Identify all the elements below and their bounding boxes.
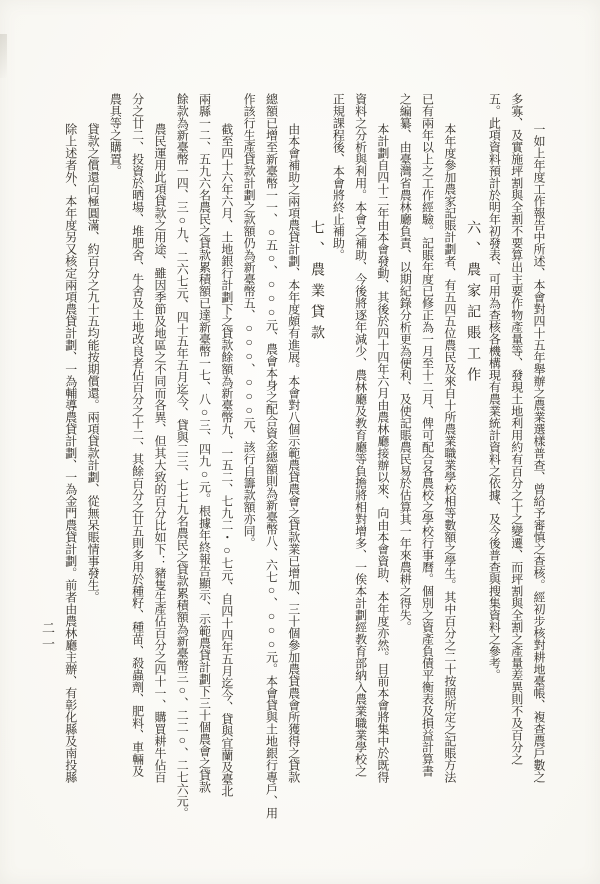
- text-column: 正規課程後、本會將終止補助。: [327, 93, 349, 821]
- text-column: 一如上年度工作報告中所述、本會對四十五年舉辦之農業選樣普查、曾給予審慎之查核。經…: [528, 93, 550, 821]
- text-column: 由本會補助之兩項農貸計劃、本年度頗有進展。本會對八個示範農貸農會之貸款業已增加、…: [282, 93, 304, 821]
- text-column: 資料之分析與利用。本會之補助、今後將逐年減少、農林廳及教育廳等負擔將相對增多、一…: [349, 93, 371, 821]
- text-column: 總額已增至新臺幣一一、○五○、○○○元、農會本身之配合資金總額則為新臺幣八、六七…: [260, 93, 282, 821]
- text-column: 餘款為新臺幣一四、三○九、二六七元、四十五年五月迄今、貸與二三、七七九名農民之貸…: [171, 93, 193, 821]
- text-column: 已有兩年以上之工作經驗。記賬年度已修正為一月至十二月、俾可配合各農校之學校行事曆…: [416, 93, 438, 821]
- page-number: 二一: [38, 621, 57, 653]
- section-6-title: 六、農家記賬工作: [461, 93, 483, 821]
- text-column: 分之廿二、投資於晒場、堆肥舍、牛舍及土地改良者佔百分之十二、其餘百分之廿五則多用…: [126, 93, 148, 821]
- document-page: 一如上年度工作報告中所述、本會對四十五年舉辦之農業選樣普查、曾給予審慎之查核。經…: [0, 0, 600, 884]
- text-block: 一如上年度工作報告中所述、本會對四十五年舉辦之農業選樣普查、曾給予審慎之查核。經…: [59, 93, 550, 821]
- text-column: 農具等之購置。: [104, 93, 126, 821]
- text-column: 貸款之償還向極圓滿、約百分之九十五均能按期償還。兩項貸款計劃、從無呆賬情事發生。: [82, 93, 104, 821]
- text-column: 五。此項資料預計於明年初發表、可用為查核各機構現有農業統計資料之依據、及今後普查…: [483, 93, 505, 821]
- text-column: 之編纂、由臺灣省農林廳負責、以期紀錄分析更為便利、及使記賬農民易於估算其一年來農…: [394, 93, 416, 821]
- text-column: 本年度參加農家記賬計劃者、有五四五位農民及來自十所農業職業學校相等數額之學生。其…: [439, 93, 461, 821]
- text-column: 截至四十六年六月、土地銀行計劃下之貸款餘額為新臺幣九、一五二、七九二・○七元、自…: [216, 93, 238, 821]
- text-column: 兩縣一二、五九六名農民之貸款累積額已達新臺幣一七、八○三、四九○元。根據年終報告…: [193, 93, 215, 821]
- text-column: 除上述者外、本年度另又核定兩項農貸計劃、一為輔導農貸計劃、一為金門農貸計劃。前者…: [59, 93, 81, 821]
- section-7-title: 七、農業貸款: [305, 93, 327, 821]
- text-column: 多寡、及實施坪割與全割不要算出主要作物產量等、發現土地利用約有百分之十之變遷、而…: [505, 93, 527, 821]
- text-column: 農民運用此項貸款之用途、雖因季節及地區之不同而各異、但其大致的百分比如下：豬隻生…: [149, 93, 171, 821]
- text-column: 作該行生產貸款計劃之款額仍為新臺幣五、○○○、○○○元、該行自籌款額亦同。: [238, 93, 260, 821]
- scan-edge-artifact: [0, 34, 7, 78]
- text-column: 本計劃自四十二年由本會發動、其後於四十四年六月由農林廳接辦以來、向由本會資助、本…: [372, 93, 394, 821]
